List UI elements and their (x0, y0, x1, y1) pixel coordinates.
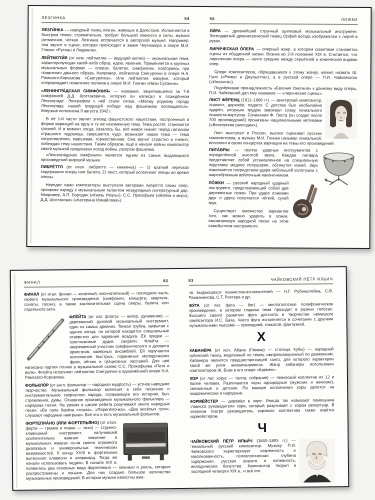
entry-text: (от исп. Абана (Гавана) — столица Кубы) … (189, 346, 334, 373)
entry-paragraph: Нередко сами композиторы выступали автор… (41, 182, 189, 203)
entry-tchaikovsky: ЧАЙКО́ВСКИЙ ПЁТР ИЛЬИ́Ч (1840–1893 гг.) … (190, 437, 335, 474)
running-head-right: 93 ЧАЙКОВСКИЙ ПЁТР ИЛЬИЧ (188, 276, 333, 286)
page-55-text: ЛИ́РА — древнейший струнный щипковый муз… (208, 28, 357, 230)
running-head-left: ЛЕЗГИНКА 54 (42, 15, 190, 24)
entry-paragraph: Подчёркивая принадлежность «Евгения Онег… (209, 85, 357, 96)
scanned-book-pages: ЛЕЗГИНКА 54 55 ЛОЖКИ ЛЕЗГИ́НКА — народны… (0, 0, 375, 500)
entry-paragraph: Существует множество вариантов того, как… (208, 208, 356, 229)
spread-inner: ФИНАЛ 92 93 ЧАЙКОВСКИЙ ПЁТР ИЛЬИЧ ФИНА́Л… (11, 267, 348, 490)
entry-text: (от итал. финал — конечный, окончательны… (24, 290, 169, 312)
running-head-label: ЧАЙКОВСКИЙ ПЁТР ИЛЬИЧ (271, 276, 333, 282)
page-number: 93 (188, 278, 193, 283)
entry-khormeister: ХОРМЕ́ЙСТЕР — дирижёр в хоре. Иногда так… (190, 397, 335, 419)
running-head-label: ФИНАЛ (24, 280, 40, 285)
running-head-left: ФИНАЛ 92 (24, 278, 169, 288)
spread-pages-92-93: ФИНАЛ 92 93 ЧАЙКОВСКИЙ ПЁТР ИЛЬИЧ ФИНА́Л… (10, 266, 349, 491)
section-letter-kha: Х (189, 329, 334, 345)
running-head: ЛЕЗГИНКА 54 55 ЛОЖКИ (42, 15, 358, 25)
entry-liricheskaya-opera: ЛИРИ́ЧЕСКАЯ О́ПЕРА — оперный жанр, в кот… (209, 46, 357, 67)
page-54-text: ЛЕЗГИ́НКА — народный танец лезгин, живущ… (40, 27, 189, 229)
spread-inner: ЛЕЗГИНКА 54 55 ЛОЖКИ ЛЕЗГИ́НКА — народны… (27, 6, 370, 248)
entry-leningrad-symphony: «ЛЕНИНГРА́ДСКАЯ СИМФО́НИЯ» — название, з… (41, 88, 189, 114)
entry-paragraph: «Ленинградская симфония» является одним … (41, 152, 189, 163)
running-head-right: 55 ЛОЖКИ (210, 16, 358, 25)
entry-text: — народный танец лезгин, живущих в Дагес… (41, 27, 189, 52)
entry-text: (1840–1893 гг.) — гениальный русский ком… (190, 438, 296, 474)
entry-khor: ХОР (от лат. хорус — толпа, собрание) — … (189, 374, 334, 396)
entry-paragraph: В её 1-й части звучит эпизод фашистского… (41, 116, 189, 152)
page-number: 55 (210, 16, 215, 21)
section-letter-che: Ч (190, 420, 335, 436)
entry-fuga: ФУ́ГА (от лат. фуга — бег) — многоголосн… (189, 301, 334, 328)
entry-fortepiano: ФОРТЕПИА́НО (И́ЛИ ФОРТЕПЬЯ́НО) (от итал.… (25, 419, 170, 481)
wooden-spoons-illustration (291, 182, 317, 222)
liszt-portrait (325, 99, 357, 139)
flute-illustration (24, 315, 67, 361)
page-number: 92 (163, 278, 168, 283)
entry-habanera: ХАБАНЕ́РА (от исп. Абана (Гавана) — стол… (189, 346, 334, 373)
entry-text: (1811–1886 гг.) — венгерский композитор,… (209, 97, 322, 127)
entry-leitmotiv: ЛЕЙТМОТИ́В (от нем. лейтмотив — ведущий … (41, 55, 189, 86)
running-head-label: ЛОЖКИ (341, 17, 358, 22)
page-92-text: ФИНА́Л (от итал. финал — конечный, оконч… (24, 290, 171, 487)
entry-text: — название, закрепившееся за 7-й симфони… (41, 88, 189, 113)
upright-piano-illustration (120, 420, 170, 463)
entry-text: (от лат. фуга — бег) — многоголосное пол… (189, 301, 334, 328)
entry-litavry: ЛИТА́ВРЫ — группа ударных инструментов с… (209, 147, 357, 178)
entry-liszt: ЛИСТ ФЕ́РЕНЦ (1811–1886 гг.) — венгерски… (209, 97, 357, 128)
entry-text: — группа ударных инструментов с определё… (209, 147, 318, 177)
continuation-text: на выдающихся пианистов-исполнителей — Н… (188, 288, 333, 300)
entry-folklor: ФОЛЬКЛО́Р (от англ. фольклор — народная … (25, 381, 170, 418)
entry-text: (от англ. фольклор — народная мудрость) … (25, 381, 170, 418)
entry-lezginka: ЛЕЗГИ́НКА — народный танец лезгин, живущ… (41, 27, 189, 53)
tchaikovsky-portrait (299, 438, 335, 482)
spread-pages-54-55: ЛЕЗГИНКА 54 55 ЛОЖКИ ЛЕЗГИ́НКА — народны… (26, 5, 371, 249)
entry-text: (от нем. лейтмотив — ведущий мотив) — му… (41, 55, 189, 86)
page-columns: ФИНА́Л (от итал. финал — конечный, оконч… (24, 288, 335, 486)
entry-lira: ЛИ́РА — древнейший струнный щипковый муз… (210, 28, 358, 44)
timpani-illustration (321, 149, 357, 187)
entry-paragraph: Среди композиторов, обращавшихся к этому… (209, 69, 357, 85)
page-93-text: на выдающихся пианистов-исполнителей — Н… (188, 288, 335, 485)
page-columns: ЛЕЗГИ́НКА — народный танец лезгин, живущ… (40, 27, 357, 230)
entry-final: ФИНА́Л (от итал. финал — конечный, оконч… (24, 290, 169, 312)
page-number: 54 (184, 16, 189, 21)
entry-text: (от лат. хорус — толпа, собрание) — певч… (190, 374, 335, 396)
entry-text: (от итал. либретто — книжечка) — 1) крат… (41, 164, 189, 179)
entry-text: — древнейший струнный щипковый музыкальн… (210, 28, 358, 43)
entry-fleita: ФЛЕ́ЙТА (от лат. флатус — ветер, дуновен… (24, 313, 169, 380)
running-head-label: ЛЕЗГИНКА (42, 15, 66, 20)
running-head: ФИНАЛ 92 93 ЧАЙКОВСКИЙ ПЁТР ИЛЬИЧ (24, 276, 333, 288)
entry-libretto: ЛИБРЕ́ТТО (от итал. либретто — книжечка)… (41, 164, 189, 180)
